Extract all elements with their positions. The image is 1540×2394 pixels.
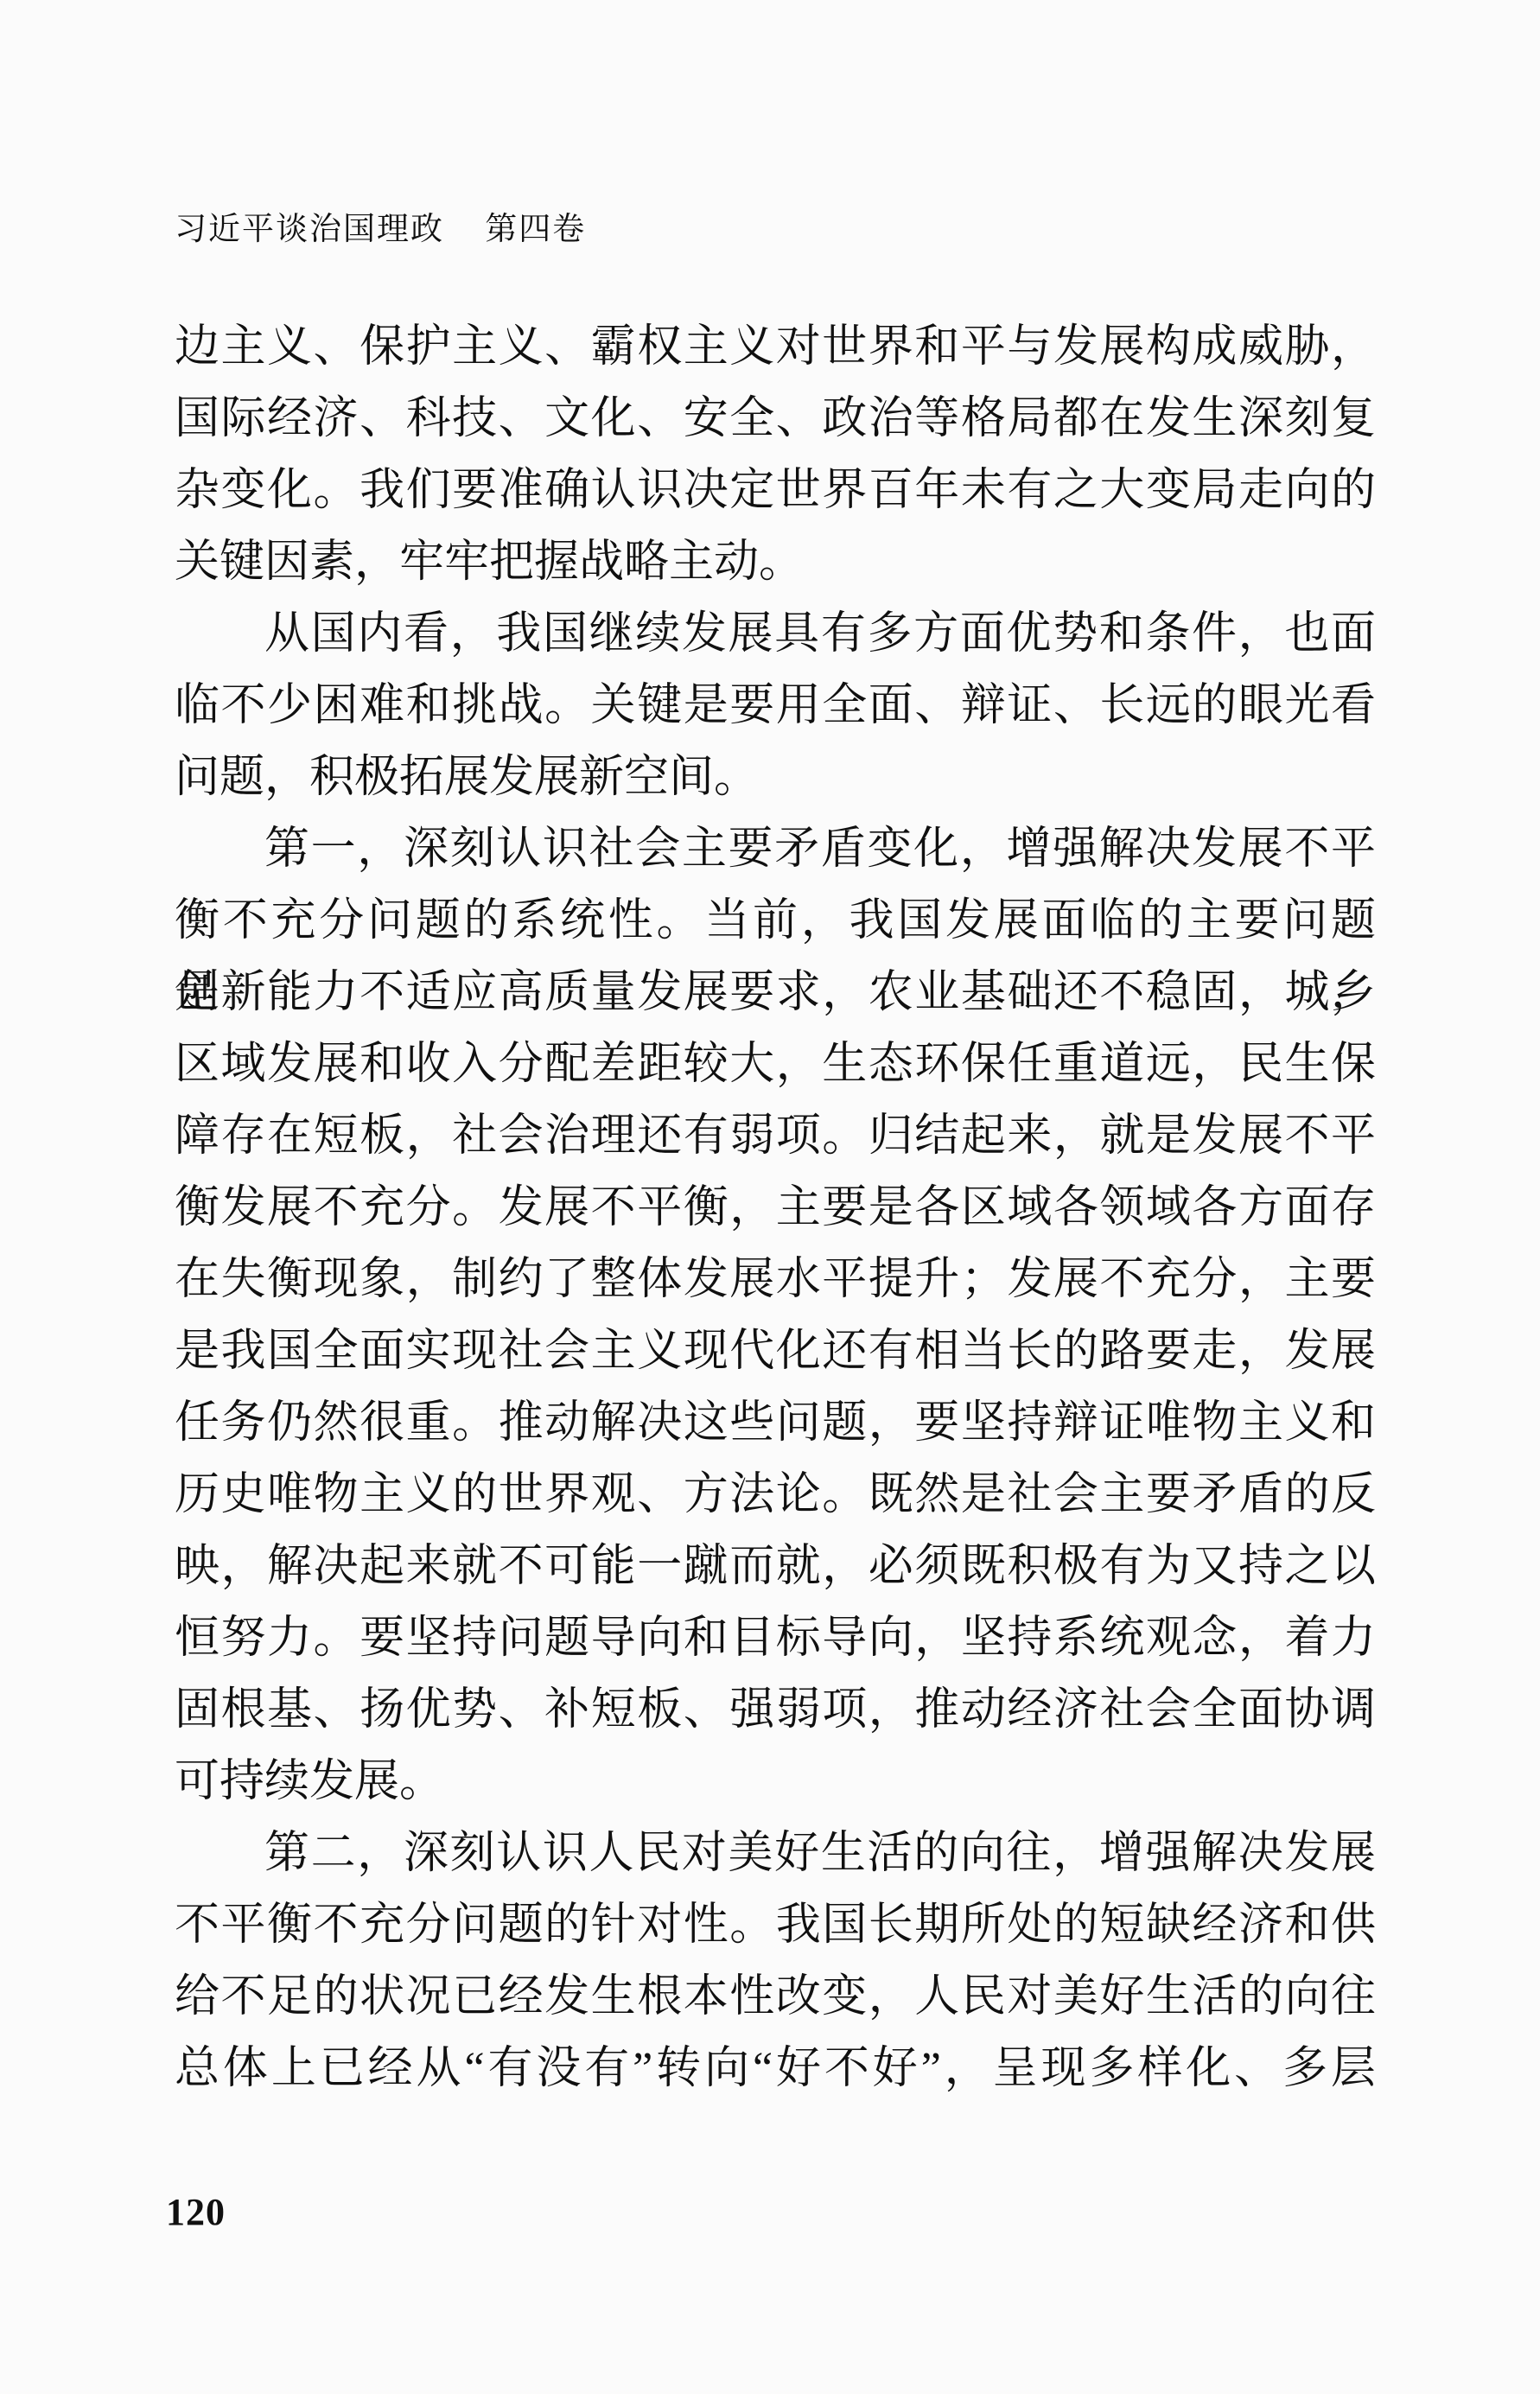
page-number: 120 bbox=[166, 2192, 226, 2233]
body-line: 关键因素，牢牢把握战略主动。 bbox=[175, 526, 1376, 598]
body-line: 是我国全面实现社会主义现代化还有相当长的路要走，发展 bbox=[175, 1315, 1376, 1387]
body-line: 总体上已经从“有没有”转向“好不好”，呈现多样化、多层 bbox=[175, 2033, 1376, 2104]
page-body: 边主义、保护主义、霸权主义对世界和平与发展构成威胁，国际经济、科技、文化、安全、… bbox=[175, 311, 1376, 2104]
body-line: 映，解决起来就不可能一蹴而就，必须既积极有为又持之以 bbox=[175, 1531, 1376, 1602]
body-line: 杂变化。我们要准确认识决定世界百年未有之大变局走向的 bbox=[175, 455, 1376, 526]
body-line: 恒努力。要坚持问题导向和目标导向，坚持系统观念，着力 bbox=[175, 1602, 1376, 1674]
body-line: 创新能力不适应高质量发展要求，农业基础还不稳固，城乡 bbox=[175, 957, 1376, 1028]
body-line: 历史唯物主义的世界观、方法论。既然是社会主要矛盾的反 bbox=[175, 1459, 1376, 1531]
body-line: 边主义、保护主义、霸权主义对世界和平与发展构成威胁， bbox=[175, 311, 1376, 383]
running-header-title: 习近平谈治国理政 bbox=[175, 212, 444, 247]
body-line: 衡不充分问题的系统性。当前，我国发展面临的主要问题是， bbox=[175, 885, 1376, 957]
body-line: 国际经济、科技、文化、安全、政治等格局都在发生深刻复 bbox=[175, 383, 1376, 455]
body-line: 在失衡现象，制约了整体发展水平提升；发展不充分，主要 bbox=[175, 1244, 1376, 1315]
body-line: 问题，积极拓展发展新空间。 bbox=[175, 742, 1376, 813]
body-line: 给不足的状况已经发生根本性改变，人民对美好生活的向往 bbox=[175, 1961, 1376, 2033]
running-header-volume: 第四卷 bbox=[485, 212, 586, 247]
body-line: 区域发展和收入分配差距较大，生态环保任重道远，民生保 bbox=[175, 1028, 1376, 1100]
body-line: 可持续发展。 bbox=[175, 1746, 1376, 1818]
body-line: 固根基、扬优势、补短板、强弱项，推动经济社会全面协调 bbox=[175, 1674, 1376, 1746]
body-line: 障存在短板，社会治理还有弱项。归结起来，就是发展不平 bbox=[175, 1100, 1376, 1172]
body-line: 从国内看，我国继续发展具有多方面优势和条件，也面 bbox=[175, 598, 1376, 670]
body-line: 任务仍然很重。推动解决这些问题，要坚持辩证唯物主义和 bbox=[175, 1387, 1376, 1459]
body-line: 第一，深刻认识社会主要矛盾变化，增强解决发展不平 bbox=[175, 813, 1376, 885]
body-line: 不平衡不充分问题的针对性。我国长期所处的短缺经济和供 bbox=[175, 1889, 1376, 1961]
running-header: 习近平谈治国理政 第四卷 bbox=[175, 213, 586, 247]
book-page: 习近平谈治国理政 第四卷 边主义、保护主义、霸权主义对世界和平与发展构成威胁，国… bbox=[0, 0, 1540, 2394]
body-line: 临不少困难和挑战。关键是要用全面、辩证、长远的眼光看 bbox=[175, 670, 1376, 742]
body-line: 衡发展不充分。发展不平衡，主要是各区域各领域各方面存 bbox=[175, 1172, 1376, 1244]
body-line: 第二，深刻认识人民对美好生活的向往，增强解决发展 bbox=[175, 1818, 1376, 1889]
